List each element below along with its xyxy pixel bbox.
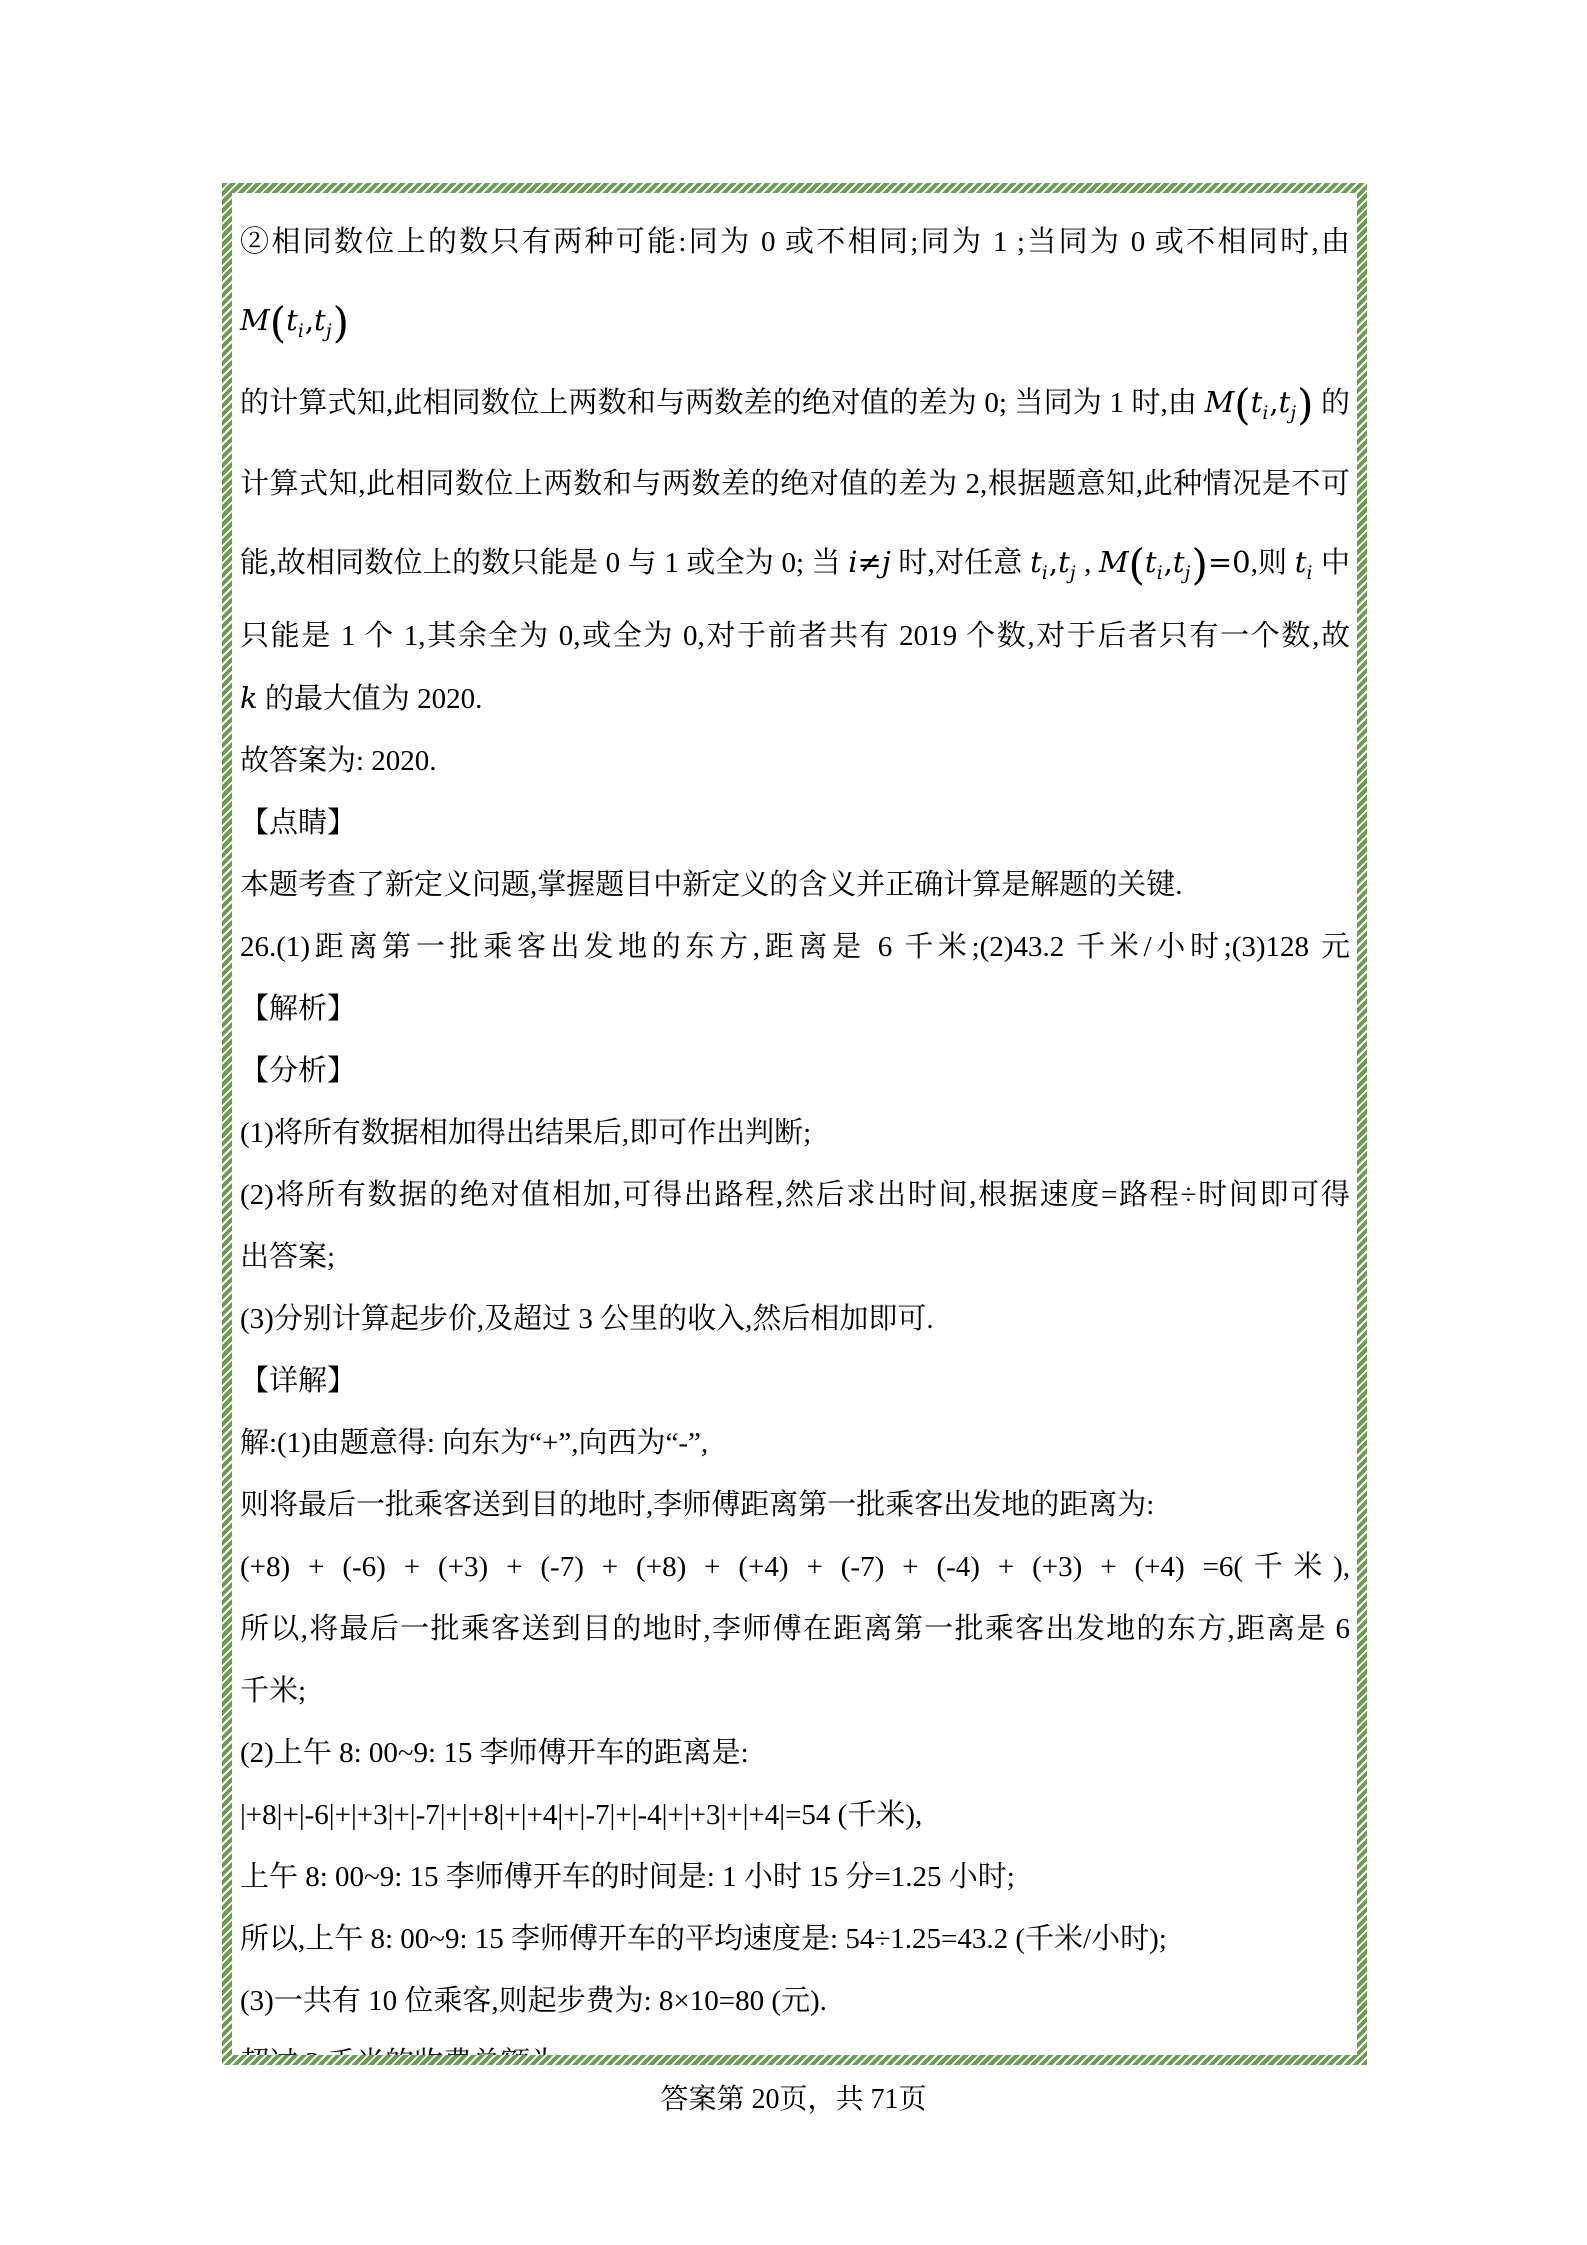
text-line-23: (2)上午 8: 00~9: 15 李师傅开车的距离是: bbox=[240, 1722, 1350, 1784]
text-line-16: (3)分别计算起步价,及超过 3 公里的收入,然后相加即可. bbox=[240, 1288, 1350, 1350]
text-line-3: 计算式知,此相同数位上两数和与两数差的绝对值的差为 2,根据题意知,此种情况是不… bbox=[240, 445, 1350, 523]
math-subscript: j bbox=[1290, 402, 1297, 424]
text-line-14: (2)将所有数据的绝对值相加,可得出路程,然后求出时间,根据速度=路程÷时间即可… bbox=[240, 1164, 1350, 1226]
text-run: 的最大值为 2020. bbox=[258, 683, 483, 715]
math-subscript: j bbox=[1070, 562, 1077, 584]
text-line-25: 上午 8: 00~9: 15 李师傅开车的时间是: 1 小时 15 分=1.25… bbox=[240, 1846, 1350, 1908]
math-variable: t bbox=[1251, 385, 1263, 419]
math-variable: t bbox=[1030, 545, 1042, 579]
math-subscript: j bbox=[1185, 562, 1192, 584]
text-line-11: 【解析】 bbox=[240, 978, 1350, 1040]
text-line-8: 【点睛】 bbox=[240, 792, 1350, 854]
math-paren: ( bbox=[1234, 380, 1250, 429]
text-line-20: (+8) + (-6) + (+3) + (-7) + (+8) + (+4) … bbox=[240, 1536, 1350, 1598]
text-line-27: (3)一共有 10 位乘客,则起步费为: 8×10=80 (元). bbox=[240, 1970, 1350, 2032]
text-line-5: 只能是 1 个 1,其余全为 0,或全为 0,对于前者共有 2019 个数,对于… bbox=[240, 605, 1350, 667]
text-line-4: 能,故相同数位上的数只能是 0 与 1 或全为 0; 当 i≠j 时,对任意 t… bbox=[240, 523, 1350, 605]
page-footer: 答案第 20页，共 71页 bbox=[0, 2082, 1587, 2118]
math-paren: ( bbox=[270, 298, 286, 347]
math-text: , bbox=[305, 303, 314, 337]
text-line-22: 千米; bbox=[240, 1660, 1350, 1722]
math-subscript: j bbox=[326, 320, 333, 342]
math-variable: t bbox=[1295, 545, 1307, 579]
decorative-border-frame: ②相同数位上的数只有两种可能:同为 0 或不相同;同为 1 ;当同为 0 或不相… bbox=[222, 183, 1367, 2065]
text-line-6: k 的最大值为 2020. bbox=[240, 667, 1350, 730]
math-paren: ) bbox=[333, 298, 349, 347]
text-line-17: 【详解】 bbox=[240, 1350, 1350, 1412]
text-line-18: 解:(1)由题意得: 向东为“+”,向西为“-”, bbox=[240, 1412, 1350, 1474]
math-paren: ) bbox=[1297, 380, 1313, 429]
math-variable: M bbox=[240, 303, 270, 337]
math-variable: t bbox=[1173, 545, 1185, 579]
math-variable: t bbox=[314, 303, 326, 337]
text-line-9: 本题考查了新定义问题,掌握题目中新定义的含义并正确计算是解题的关键. bbox=[240, 854, 1350, 916]
math-variable: t bbox=[1279, 385, 1291, 419]
math-subscript: i bbox=[1157, 562, 1164, 584]
math-variable: t bbox=[1145, 545, 1157, 579]
math-variable: t bbox=[286, 303, 298, 337]
math-text: , bbox=[1049, 545, 1058, 579]
text-run: , bbox=[1077, 547, 1099, 579]
text-line-2: 的计算式知,此相同数位上两数和与两数差的绝对值的差为 0; 当同为 1 时,由 … bbox=[240, 363, 1350, 445]
text-line-26: 所以,上午 8: 00~9: 15 李师傅开车的平均速度是: 54÷1.25=4… bbox=[240, 1908, 1350, 1970]
math-text: ≠ bbox=[857, 545, 881, 579]
text-line-12: 【分析】 bbox=[240, 1040, 1350, 1102]
math-subscript: i bbox=[298, 320, 305, 342]
math-variable: M bbox=[1205, 385, 1235, 419]
text-line-15: 出答案; bbox=[240, 1226, 1350, 1288]
math-subscript: i bbox=[1262, 402, 1269, 424]
document-content: ②相同数位上的数只有两种可能:同为 0 或不相同;同为 1 ;当同为 0 或不相… bbox=[232, 193, 1357, 2055]
math-text: , bbox=[1164, 545, 1173, 579]
math-text: , bbox=[1269, 385, 1278, 419]
text-run: ②相同数位上的数只有两种可能:同为 0 或不相同;同为 1 ;当同为 0 或不相… bbox=[240, 226, 1357, 258]
text-line-7: 故答案为: 2020. bbox=[240, 730, 1350, 792]
text-run: 中 bbox=[1314, 547, 1350, 579]
text-line-10: 26.(1)距离第一批乘客出发地的东方,距离是 6 千米;(2)43.2 千米/… bbox=[240, 916, 1350, 978]
document-page: { "page": { "background": "#ffffff", "bo… bbox=[0, 0, 1587, 2245]
math-variable: k bbox=[240, 681, 258, 715]
text-run: 能,故相同数位上的数只能是 0 与 1 或全为 0; 当 bbox=[240, 547, 848, 579]
math-text: =0 bbox=[1208, 545, 1251, 579]
text-run: 的 bbox=[1314, 387, 1350, 419]
text-run: 的计算式知,此相同数位上两数和与两数差的绝对值的差为 0; 当同为 1 时,由 bbox=[240, 387, 1205, 419]
text-line-1: ②相同数位上的数只有两种可能:同为 0 或不相同;同为 1 ;当同为 0 或不相… bbox=[240, 203, 1350, 363]
text-run: ,则 bbox=[1251, 547, 1295, 579]
math-subscript: i bbox=[1306, 562, 1313, 584]
math-paren: ( bbox=[1129, 540, 1145, 589]
text-line-24: |+8|+|-6|+|+3|+|-7|+|+8|+|+4|+|-7|+|-4|+… bbox=[240, 1784, 1350, 1846]
text-line-19: 则将最后一批乘客送到目的地时,李师傅距离第一批乘客出发地的距离为: bbox=[240, 1474, 1350, 1536]
math-variable: t bbox=[1058, 545, 1070, 579]
text-line-28: 超过 3 千米的收费总额为: bbox=[240, 2032, 1350, 2055]
math-variable: M bbox=[1099, 545, 1129, 579]
text-line-13: (1)将所有数据相加得出结果后,即可作出判断; bbox=[240, 1102, 1350, 1164]
math-variable: j bbox=[882, 545, 891, 579]
text-run: 时,对任意 bbox=[891, 547, 1030, 579]
math-subscript: i bbox=[1042, 562, 1049, 584]
text-line-21: 所以,将最后一批乘客送到目的地时,李师傅在距离第一批乘客出发地的东方,距离是 6 bbox=[240, 1598, 1350, 1660]
page-number-text: 答案第 20页，共 71页 bbox=[660, 2084, 926, 2115]
math-paren: ) bbox=[1191, 540, 1207, 589]
